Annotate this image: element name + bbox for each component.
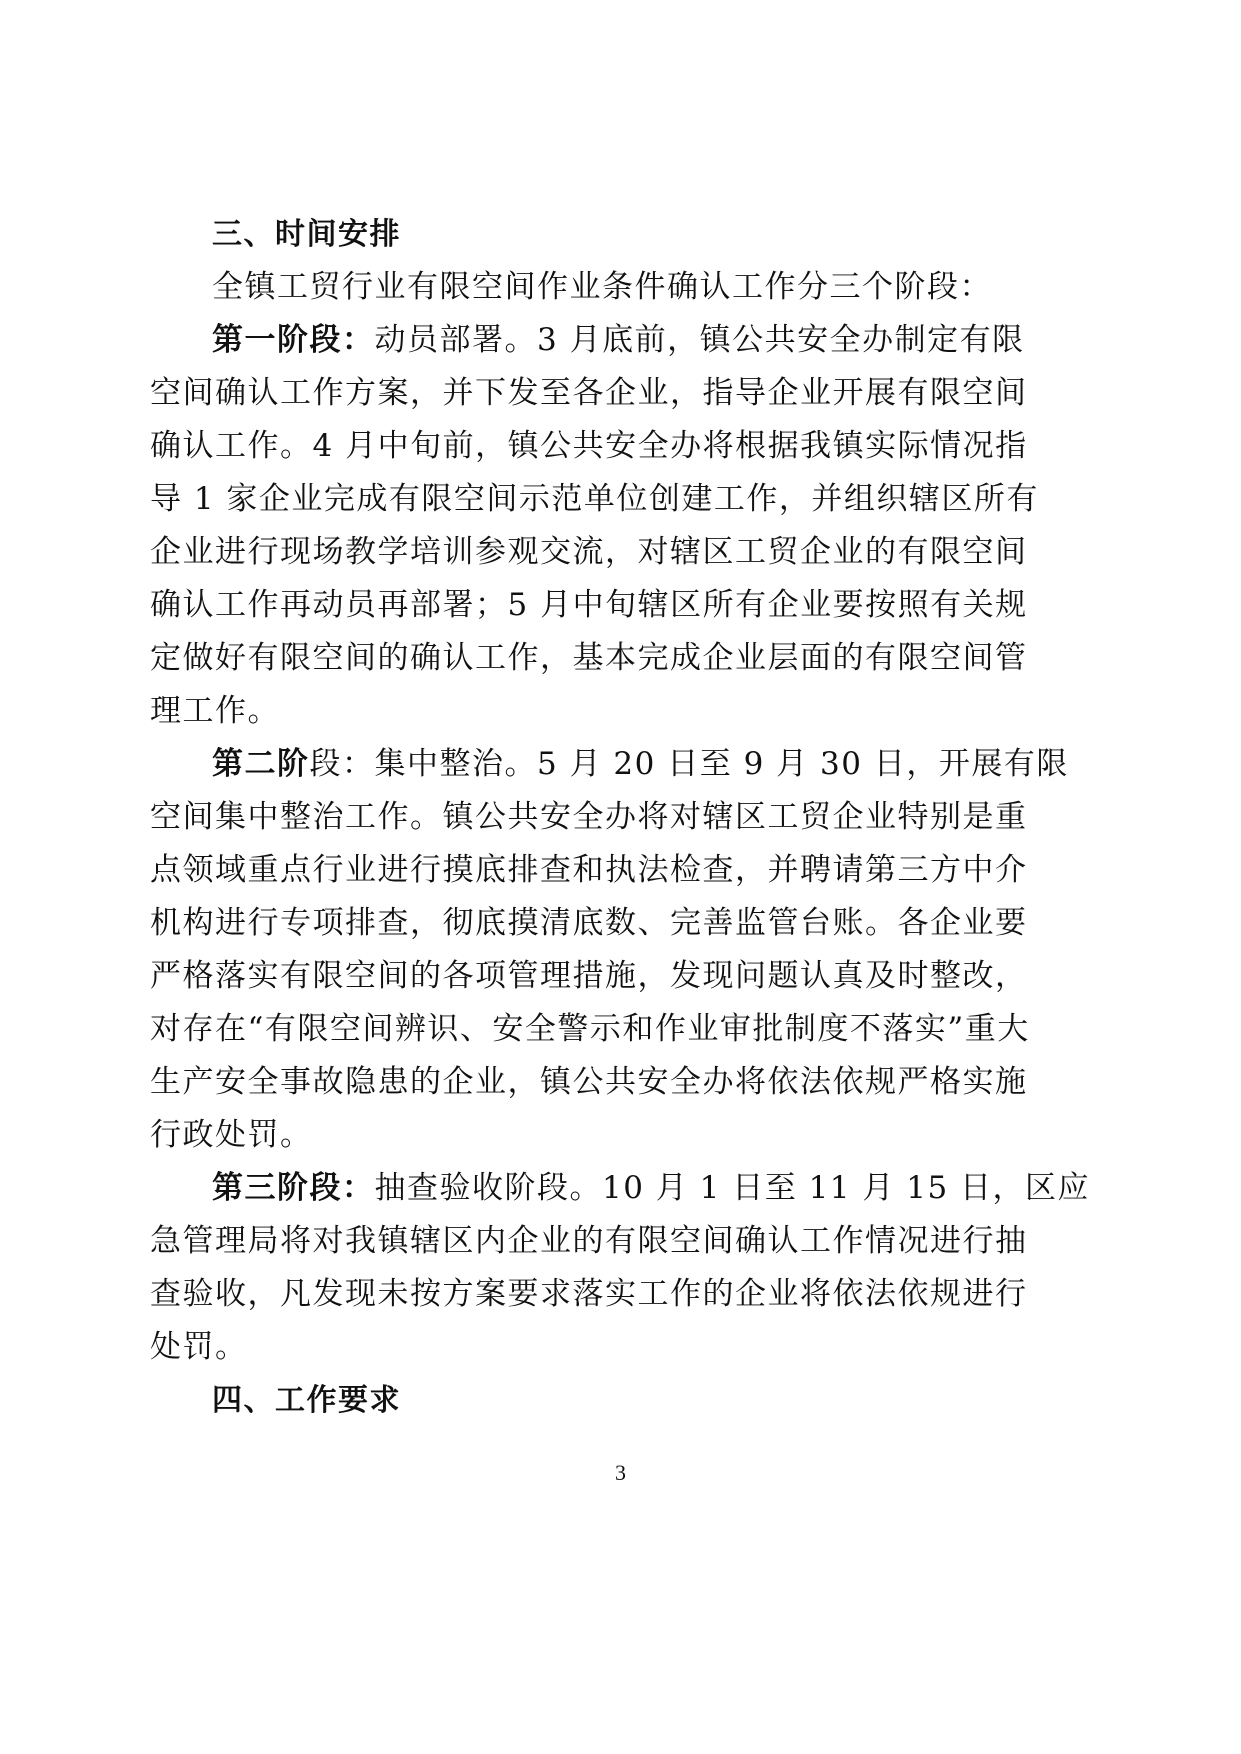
stage2-line: 生产安全事故隐患的企业，镇公共安全办将依法依规严格实施 xyxy=(150,1056,962,1109)
stage3-line: 查验收，凡发现未按方案要求落实工作的企业将依法依规进行 xyxy=(150,1268,962,1321)
stage3-line: 急管理局将对我镇辖区内企业的有限空间确认工作情况进行抽 xyxy=(150,1215,962,1268)
section-heading-time-schedule: 三、时间安排 xyxy=(150,208,962,261)
stage2-paragraph: 第二阶段：集中整治。5 月 20 日至 9 月 30 日，开展有限 空间集中整治… xyxy=(150,738,962,1162)
stage2-line: 空间集中整治工作。镇公共安全办将对辖区工贸企业特别是重 xyxy=(150,791,962,844)
stage3-line: 抽查验收阶段。10 月 1 日至 11 月 15 日，区应 xyxy=(375,1170,1091,1206)
stage2-line: 机构进行专项排查，彻底摸清底数、完善监管台账。各企业要 xyxy=(150,897,962,950)
stage3-paragraph: 第三阶段：抽查验收阶段。10 月 1 日至 11 月 15 日，区应 急管理局将… xyxy=(150,1162,962,1374)
stage1-line: 导 1 家企业完成有限空间示范单位创建工作，并组织辖区所有 xyxy=(150,473,962,526)
stage1-line: 理工作。 xyxy=(150,685,962,738)
document-body: 三、时间安排 全镇工贸行业有限空间作业条件确认工作分三个阶段： 第一阶段：动员部… xyxy=(150,208,962,1427)
stage1-label: 第一阶段： xyxy=(212,322,375,358)
stage2-line: 点领域重点行业进行摸底排查和执法检查，并聘请第三方中介 xyxy=(150,844,962,897)
page-number: 3 xyxy=(0,1460,1241,1486)
intro-paragraph: 全镇工贸行业有限空间作业条件确认工作分三个阶段： xyxy=(150,261,962,314)
stage2-line: 段：集中整治。5 月 20 日至 9 月 30 日，开展有限 xyxy=(310,746,1069,782)
stage2-line: 行政处罚。 xyxy=(150,1109,962,1162)
stage3-line: 处罚。 xyxy=(150,1321,962,1374)
stage2-label: 第二阶 xyxy=(212,746,310,782)
stage1-paragraph: 第一阶段：动员部署。3 月底前，镇公共安全办制定有限 空间确认工作方案，并下发至… xyxy=(150,314,962,738)
stage2-line: 对存在“有限空间辨识、安全警示和作业审批制度不落实”重大 xyxy=(150,1003,962,1056)
stage1-line: 企业进行现场教学培训参观交流，对辖区工贸企业的有限空间 xyxy=(150,526,962,579)
stage1-line: 动员部署。3 月底前，镇公共安全办制定有限 xyxy=(375,322,1025,358)
stage2-line: 严格落实有限空间的各项管理措施，发现问题认真及时整改， xyxy=(150,950,962,1003)
stage1-line: 确认工作再动员再部署；5 月中旬辖区所有企业要按照有关规 xyxy=(150,579,962,632)
stage1-line: 确认工作。4 月中旬前，镇公共安全办将根据我镇实际情况指 xyxy=(150,420,962,473)
stage1-line: 定做好有限空间的确认工作，基本完成企业层面的有限空间管 xyxy=(150,632,962,685)
stage3-label: 第三阶段： xyxy=(212,1170,375,1206)
stage1-line: 空间确认工作方案，并下发至各企业，指导企业开展有限空间 xyxy=(150,367,962,420)
section-heading-work-requirements: 四、工作要求 xyxy=(150,1374,962,1427)
